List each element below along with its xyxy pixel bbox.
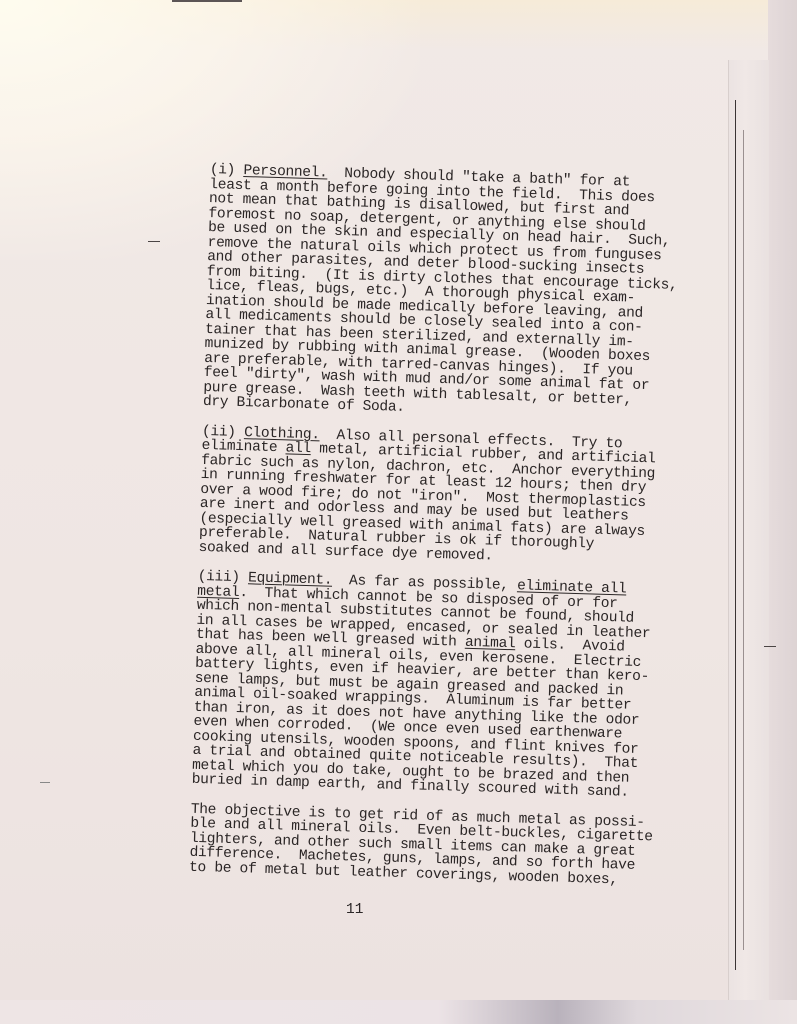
paragraph-equipment: (iii) Equipment. As far as possible, eli… (191, 570, 687, 802)
margin-dash (764, 646, 776, 647)
paragraph-personnel: (i) Personnel. Nobody should "take a bat… (203, 163, 700, 424)
page-stack-edges (728, 60, 769, 1005)
margin-dash (148, 241, 160, 242)
background-right-shadow (768, 0, 797, 1024)
page-number: 11 (346, 902, 363, 918)
paragraph-clothing: (ii) Clothing. Also all personal effects… (198, 424, 692, 569)
page-edge-line (735, 100, 736, 970)
document-body: (i) Personnel. Nobody should "take a bat… (188, 163, 699, 904)
margin-dash (40, 782, 50, 783)
paragraph-objective: The objective is to get rid of as much m… (189, 802, 681, 889)
page-edge-line (743, 130, 744, 950)
corner-mark (172, 0, 242, 2)
background-top-band (0, 0, 797, 50)
